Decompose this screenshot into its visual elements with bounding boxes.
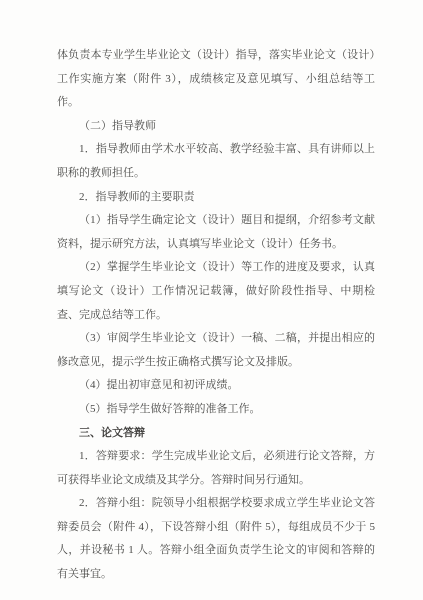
paragraph: （二）指导教师 — [57, 115, 375, 139]
paragraph: （1）指导学生确定论文（设计）题目和提纲，介绍参考文献资料，提示研究方法，认真填… — [57, 209, 375, 256]
paragraph: 1．答辩要求：学生完成毕业论文后，必须进行论文答辩，方可获得毕业论文成绩及其学分… — [57, 445, 375, 492]
paragraph: （2）掌握学生毕业论文（设计）等工作的进度及要求，认真填写论文（设计）工作情况记… — [57, 256, 375, 327]
paragraph: 2．指导教师的主要职责 — [57, 186, 375, 210]
section-heading: 三、论文答辩 — [57, 422, 375, 446]
document-page: 体负责本专业学生毕业论文（设计）指导，落实毕业论文（设计）工作实施方案（附件 3… — [0, 0, 423, 600]
paragraph: 体负责本专业学生毕业论文（设计）指导，落实毕业论文（设计）工作实施方案（附件 3… — [57, 44, 375, 115]
paragraph: （5）指导学生做好答辩的准备工作。 — [57, 398, 375, 422]
paragraph: （4）提出初审意见和初评成绩。 — [57, 374, 375, 398]
paragraph: （3）审阅学生毕业论文（设计）一稿、二稿，并提出相应的修改意见，提示学生按正确格… — [57, 327, 375, 374]
paragraph: 2．答辩小组：院领导小组根据学校要求成立学生毕业论文答辩委员会（附件 4），下设… — [57, 492, 375, 586]
document-content: 体负责本专业学生毕业论文（设计）指导，落实毕业论文（设计）工作实施方案（附件 3… — [57, 44, 375, 587]
paragraph: 1．指导教师由学术水平较高、教学经验丰富、具有讲师以上职称的教师担任。 — [57, 138, 375, 185]
page-number: 3 — [0, 543, 423, 554]
